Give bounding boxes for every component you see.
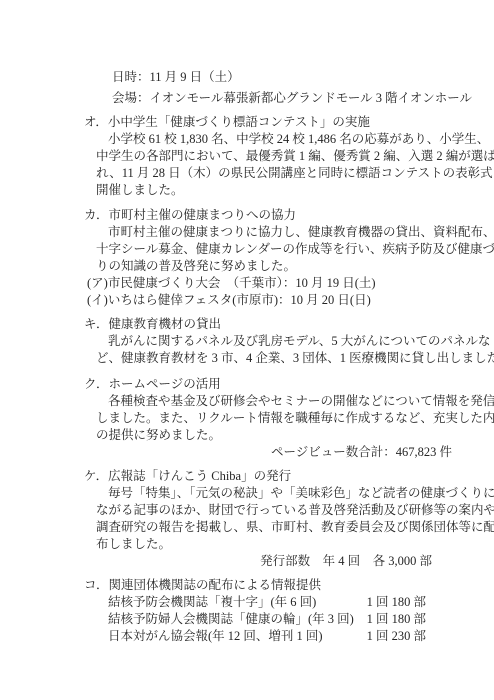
publication-name: 結核予防婦人会機関誌「健康の輪」(年 3 回) <box>108 611 354 628</box>
text-line: 布しました。 <box>96 536 452 553</box>
section-ke-heading: ケ．広報誌「けんこう Chiba」の発行 <box>84 468 452 485</box>
publication-rows: 結核予防会機関誌「複十字」(年 6 回) 1 回 180 部 結核予防婦人会機関… <box>108 594 452 645</box>
text-line: 十字シール募金、健康カレンダーの作成等を行い、疾病予防及び健康づく <box>96 241 452 258</box>
text-line: (ア)市民健康づくり大会 （千葉市）：10 月 19 日(土) <box>87 275 452 292</box>
section-ka-heading: カ．市町村主催の健康まつりへの協力 <box>84 207 452 224</box>
section-ki-heading: キ．健康教育機材の貸出 <box>84 316 452 333</box>
text-line: 開催しました。 <box>96 182 452 199</box>
section-ku-body: 各種検査や基金及び研修会やセミナーの開催などについて情報を発信しました。また、リ… <box>96 393 452 444</box>
publication-copies: 1 回 180 部 <box>367 611 426 628</box>
section-o-slogan-contest: オ．小中学生「健康づくり標語コンテスト」の実施 小学校 61 校 1,830 名… <box>84 114 452 199</box>
text-line: 小学校 61 校 1,830 名、中学校 24 校 1,486 名の応募があり、… <box>96 131 452 148</box>
section-ke-body: 毎号「特集」、「元気の秘訣」や「美味彩色」など読者の健康づくりにつながる記事のほ… <box>96 485 452 553</box>
section-ka-body: 市町村主催の健康まつりに協力し、健康教育機器の貸出、資料配布、複十字シール募金、… <box>96 224 452 275</box>
text-line: りの知識の普及啓発に努めました。 <box>96 258 452 275</box>
section-o-body: 小学校 61 校 1,830 名、中学校 24 校 1,486 名の応募があり、… <box>96 131 452 199</box>
section-ki-body: 乳がんに関するパネル及び乳房モデル、5 大がんについてのパネルなど、健康教育教材… <box>96 333 452 367</box>
event-meta: 日時：11 月 9 日（土） 会場：イオンモール幕張新都心グランドモール 3 階… <box>112 67 452 109</box>
pageview-total-stat: ページビュー数合計：467,823 件 <box>84 444 452 461</box>
text-line: ながる記事のほか、財団で行っている普及啓発活動及び研修等の案内や <box>96 502 452 519</box>
circulation-stat: 発行部数 年 4 回 各 3,000 部 <box>84 553 452 570</box>
text-line: 市町村主催の健康まつりに協力し、健康教育機器の貸出、資料配布、複 <box>96 224 452 241</box>
section-ko-heading: コ．関連団体機関誌の配布による情報提供 <box>84 577 452 594</box>
publication-name: 日本対がん協会報(年 12 回、増刊 1 回) <box>108 628 323 645</box>
publication-row: 結核予防会機関誌「複十字」(年 6 回) 1 回 180 部 <box>108 594 452 611</box>
section-ko-related-publications: コ．関連団体機関誌の配布による情報提供 結核予防会機関誌「複十字」(年 6 回)… <box>84 577 452 645</box>
text-line: 各種検査や基金及び研修会やセミナーの開催などについて情報を発信 <box>96 393 452 410</box>
publication-row: 日本対がん協会報(年 12 回、増刊 1 回) 1 回 230 部 <box>108 628 452 645</box>
publication-copies: 1 回 230 部 <box>367 628 426 645</box>
text-line: しました。また、リクルート情報を職種毎に作成するなど、充実した内容 <box>96 410 452 427</box>
section-ku-website-use: ク．ホームページの活用 各種検査や基金及び研修会やセミナーの開催などについて情報… <box>84 376 452 461</box>
text-line: 中学生の各部門において、最優秀賞 1 編、優秀賞 2 編、入選 2 編が選ば <box>96 148 452 165</box>
text-line: 毎号「特集」、「元気の秘訣」や「美味彩色」など読者の健康づくりにつ <box>96 485 452 502</box>
publication-row: 結核予防婦人会機関誌「健康の輪」(年 3 回) 1 回 180 部 <box>108 611 452 628</box>
section-ka-event-list: (ア)市民健康づくり大会 （千葉市）：10 月 19 日(土)(イ)いちはら健倖… <box>87 275 452 309</box>
event-venue-line: 会場：イオンモール幕張新都心グランドモール 3 階イオンホール <box>112 88 452 109</box>
event-date-line: 日時：11 月 9 日（土） <box>112 67 452 88</box>
section-ke-newsletter: ケ．広報誌「けんこう Chiba」の発行 毎号「特集」、「元気の秘訣」や「美味彩… <box>84 468 452 570</box>
section-ka-health-festival-support: カ．市町村主催の健康まつりへの協力 市町村主催の健康まつりに協力し、健康教育機器… <box>84 207 452 309</box>
publication-copies: 1 回 180 部 <box>367 594 426 611</box>
text-line: 乳がんに関するパネル及び乳房モデル、5 大がんについてのパネルな <box>96 333 452 350</box>
text-line: れ、11 月 28 日（木）の県民公開講座と同時に標語コンテストの表彰式を <box>96 165 452 182</box>
text-line: ど、健康教育教材を 3 市、4 企業、3 団体、1 医療機関に貸し出しました。 <box>96 350 452 367</box>
section-o-heading: オ．小中学生「健康づくり標語コンテスト」の実施 <box>84 114 452 131</box>
publication-name: 結核予防会機関誌「複十字」(年 6 回) <box>108 594 316 611</box>
section-ki-equipment-lending: キ．健康教育機材の貸出 乳がんに関するパネル及び乳房モデル、5 大がんについての… <box>84 316 452 367</box>
text-line: (イ)いちはら健倖フェスタ(市原市)：10 月 20 日(日) <box>87 292 452 309</box>
section-ku-heading: ク．ホームページの活用 <box>84 376 452 393</box>
text-line: 調査研究の報告を掲載し、県、市町村、教育委員会及び関係団体等に配 <box>96 519 452 536</box>
text-line: の提供に努めました。 <box>96 427 452 444</box>
document-page: 日時：11 月 9 日（土） 会場：イオンモール幕張新都心グランドモール 3 階… <box>0 0 494 700</box>
